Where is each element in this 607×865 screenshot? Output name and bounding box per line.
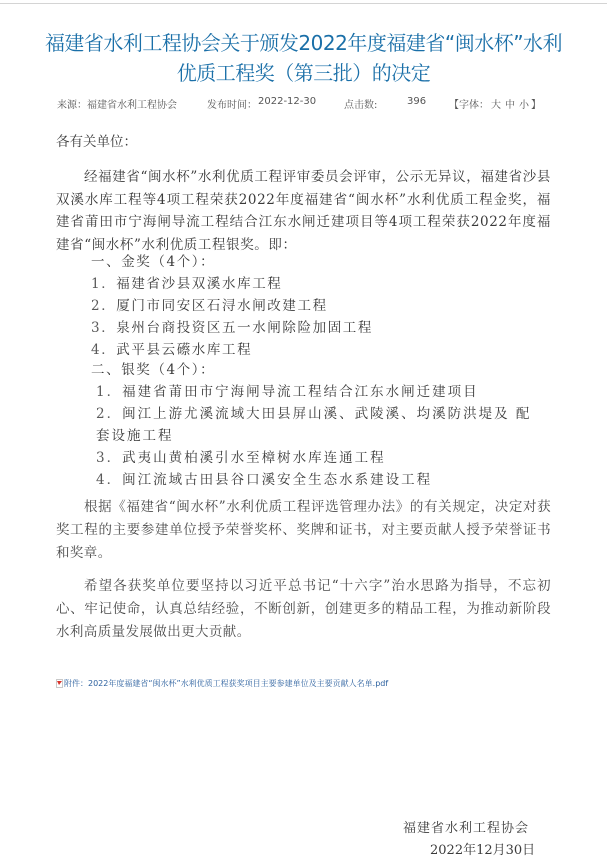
signature-date: 2022年12月30日 bbox=[430, 839, 535, 858]
font-switcher-close: 】 bbox=[531, 100, 541, 111]
signature-organization: 福建省水利工程协会 bbox=[403, 817, 529, 836]
publish-date: 2022-12-30 bbox=[258, 96, 316, 107]
attachment-link[interactable]: 附件：2022年度福建省“闽水杯”水利优质工程获奖项目主要参建单位及主要贡献人名… bbox=[56, 678, 388, 689]
list-item-continuation: 套设施工程 bbox=[96, 425, 556, 447]
gold-award-list: 1．福建省沙县双溪水库工程 2．厦门市同安区石浔水闸改建工程 3．泉州台商投资区… bbox=[91, 273, 373, 361]
hits-label: 点击数: bbox=[344, 96, 377, 111]
list-item: 1．福建省沙县双溪水库工程 bbox=[91, 273, 373, 295]
top-divider bbox=[0, 3, 607, 4]
font-switcher-open: 【字体： bbox=[449, 100, 489, 111]
closing-paragraph: 希望各获奖单位要坚持以习近平总书记“十六字”治水思路为指导，不忘初心、牢记使命，… bbox=[56, 575, 551, 644]
font-small-button[interactable]: 小 bbox=[519, 100, 529, 111]
silver-award-list: 1．福建省莆田市宁海闸导流工程结合江东水闸迁建项目 2．闽江上游尤溪流域大田县屏… bbox=[96, 381, 556, 491]
font-medium-button[interactable]: 中 bbox=[505, 100, 515, 111]
list-item: 4．武平县云礤水库工程 bbox=[91, 339, 373, 361]
list-item: 2．厦门市同安区石浔水闸改建工程 bbox=[91, 295, 373, 317]
attachment-filename[interactable]: 附件：2022年度福建省“闽水杯”水利优质工程获奖项目主要参建单位及主要贡献人名… bbox=[64, 678, 388, 689]
list-item: 3．泉州台商投资区五一水闸除险加固工程 bbox=[91, 317, 373, 339]
silver-award-heading: 二、银奖（4个）： bbox=[91, 359, 215, 381]
font-large-button[interactable]: 大 bbox=[491, 100, 501, 111]
font-size-switcher: 【字体：大中小】 bbox=[449, 96, 541, 111]
source-label: 来源：福建省水利工程协会 bbox=[57, 96, 177, 111]
list-item: 3．武夷山黄柏溪引水至樟树水库连通工程 bbox=[96, 447, 556, 469]
list-item: 4．闽江流域古田县谷口溪安全生态水系建设工程 bbox=[96, 469, 556, 491]
gold-award-heading: 一、金奖（4个）： bbox=[91, 251, 215, 273]
decision-paragraph: 根据《福建省“闽水杯”水利优质工程评选管理办法》的有关规定，决定对获奖工程的主要… bbox=[56, 496, 551, 565]
intro-paragraph: 经福建省“闽水杯”水利优质工程评审委员会评审，公示无异议，福建省沙县双溪水库工程… bbox=[56, 166, 551, 256]
hits-count: 396 bbox=[407, 96, 426, 107]
publish-date-label: 发布时间： bbox=[207, 96, 257, 111]
salutation: 各有关单位： bbox=[56, 131, 551, 153]
pdf-icon bbox=[56, 679, 63, 688]
list-item: 2．闽江上游尤溪流域大田县屏山溪、武陵溪、均溪防洪堤及 配 bbox=[96, 403, 556, 425]
page-title: 福建省水利工程协会关于颁发2022年度福建省“闽水杯”水利优质工程奖（第三批）的… bbox=[40, 28, 567, 88]
list-item: 1．福建省莆田市宁海闸导流工程结合江东水闸迁建项目 bbox=[96, 381, 556, 403]
